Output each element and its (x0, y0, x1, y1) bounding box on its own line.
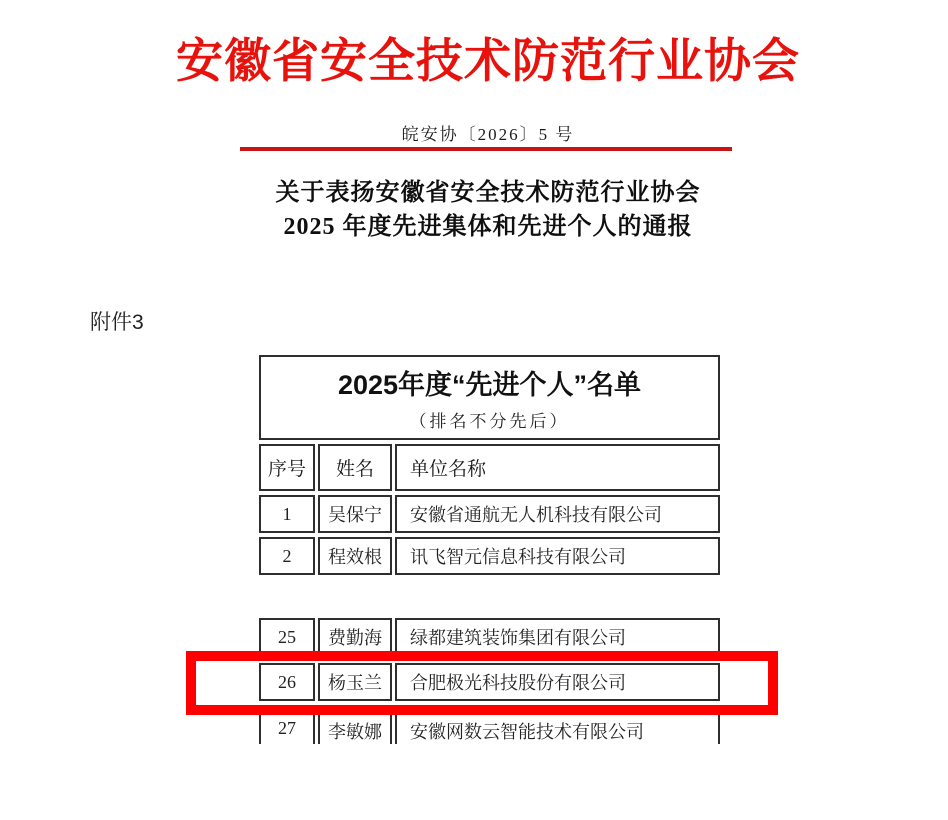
row-name: 程效根 (318, 537, 392, 575)
column-header-name: 姓名 (318, 444, 392, 491)
table-row-25: 25 费勤海 绿都建筑装饰集团有限公司 (259, 618, 720, 656)
notice-title-line1: 关于表扬安徽省安全技术防范行业协会 (28, 176, 948, 210)
table-row-1: 1 吴保宁 安徽省通航无人机科技有限公司 (259, 495, 720, 533)
column-header-company: 单位名称 (395, 444, 720, 491)
row-name: 吴保宁 (318, 495, 392, 533)
row-company: 合肥极光科技股份有限公司 (395, 663, 720, 701)
notice-title: 关于表扬安徽省安全技术防范行业协会 2025 年度先进集体和先进个人的通报 (28, 176, 948, 244)
red-divider-line (240, 147, 732, 151)
attachment-label: 附件3 (90, 306, 144, 336)
table-row-26-highlighted: 26 杨玉兰 合肥极光科技股份有限公司 (259, 663, 720, 701)
column-header-no: 序号 (259, 444, 315, 491)
row-company: 绿都建筑装饰集团有限公司 (395, 618, 720, 656)
row-no: 2 (259, 537, 315, 575)
doc-number: 皖安协〔2026〕5 号 (28, 120, 948, 145)
row-no: 26 (259, 663, 315, 701)
row-name: 杨玉兰 (318, 663, 392, 701)
row-company: 安徽省通航无人机科技有限公司 (395, 495, 720, 533)
row-company: 安徽网数云智能技术有限公司 (395, 713, 720, 744)
row-no: 25 (259, 618, 315, 656)
row-name: 费勤海 (318, 618, 392, 656)
org-title: 安徽省安全技术防范行业协会 (28, 32, 948, 93)
award-table: 2025年度“先进个人”名单 （排名不分先后） 序号 姓名 单位名称 1 吴保宁… (259, 355, 720, 744)
row-company: 讯飞智元信息科技有限公司 (395, 537, 720, 575)
table-title-cell: 2025年度“先进个人”名单 （排名不分先后） (259, 355, 720, 440)
document-page: 安徽省安全技术防范行业协会 皖安协〔2026〕5 号 关于表扬安徽省安全技术防范… (0, 0, 948, 820)
row-no: 1 (259, 495, 315, 533)
table-title: 2025年度“先进个人”名单 (338, 363, 641, 402)
table-header-row: 序号 姓名 单位名称 (259, 444, 720, 491)
notice-title-line2: 2025 年度先进集体和先进个人的通报 (28, 210, 948, 244)
row-name: 李敏娜 (318, 713, 392, 744)
table-row-2: 2 程效根 讯飞智元信息科技有限公司 (259, 537, 720, 575)
table-row-27: 27 李敏娜 安徽网数云智能技术有限公司 (259, 713, 720, 744)
table-subtitle: （排名不分先后） (410, 407, 570, 432)
row-no: 27 (259, 713, 315, 744)
